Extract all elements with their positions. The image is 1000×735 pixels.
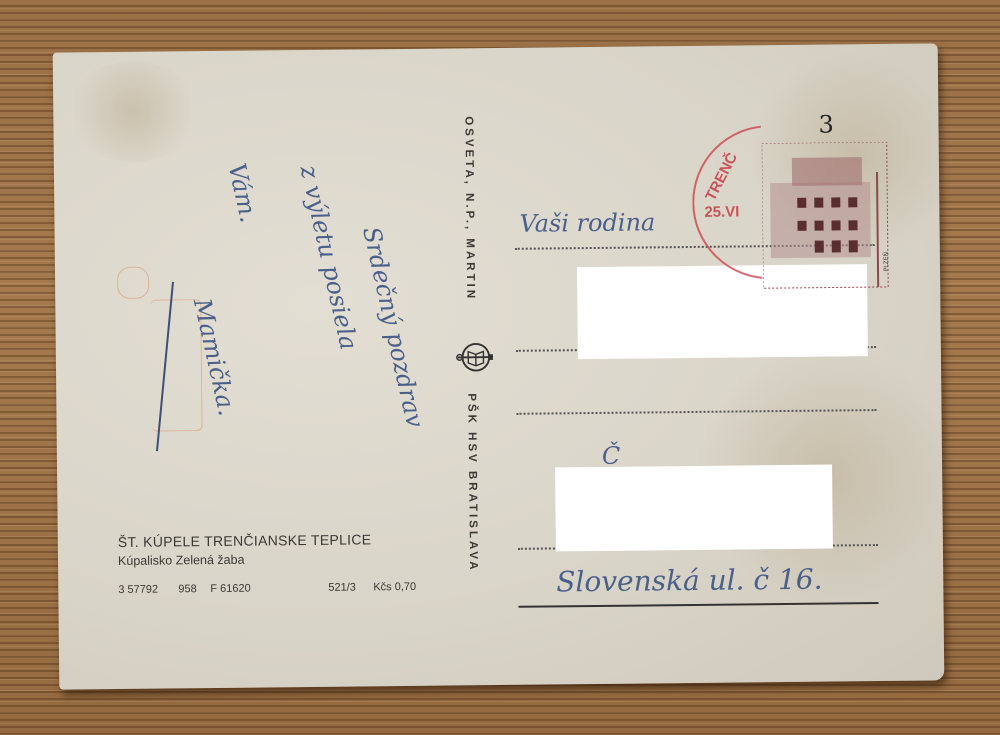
catalog-number: 521/3 [328,582,356,594]
globe-book-logo-icon [456,338,494,376]
redacted-address-line-3 [555,465,833,552]
publisher-bottom: PŠK HSV BRATISLAVA [465,393,479,572]
stamp-building-icon [762,142,894,293]
address-line-1: Vaši rodina [519,208,655,237]
printed-caption: ŠT. KÚPELE TRENČIANSKE TEPLICE Kúpalisko… [118,531,372,568]
stamp-value: 3 [818,110,834,138]
code-3: F 61620 [210,583,250,595]
print-codes: 3 57792 958 F 61620 521/3 Kčs 0,70 [118,581,448,584]
stain [63,61,204,162]
price: Kčs 0,70 [373,581,416,593]
message-line-3: Vám. [223,161,263,225]
publisher-top: OSVETA, N.P., MARTIN [462,116,476,301]
code-2: 958 [178,583,196,595]
pencil-mark [117,267,149,299]
stamp-imprint: PLZEŇ [883,252,890,271]
message-line-1: Srdečný pozdrav [357,224,429,430]
code-1: 3 57792 [118,584,158,596]
address-rule-final [519,602,879,608]
address-street: Slovenská ul. č 16. [556,563,823,599]
place-title: ŠT. KÚPELE TRENČIANSKE TEPLICE [118,531,372,550]
address-line-3-prefix: Č [602,442,621,470]
postage-stamp: 3 PLZEŇ [761,92,873,288]
message-line-2: z výletu posiela [295,163,363,353]
place-subtitle: Kúpalisko Zelená žaba [118,551,372,568]
postcard: Srdečný pozdrav z výletu posiela Vám. Ma… [53,43,945,689]
postmark-date: 25.VI [704,203,739,220]
